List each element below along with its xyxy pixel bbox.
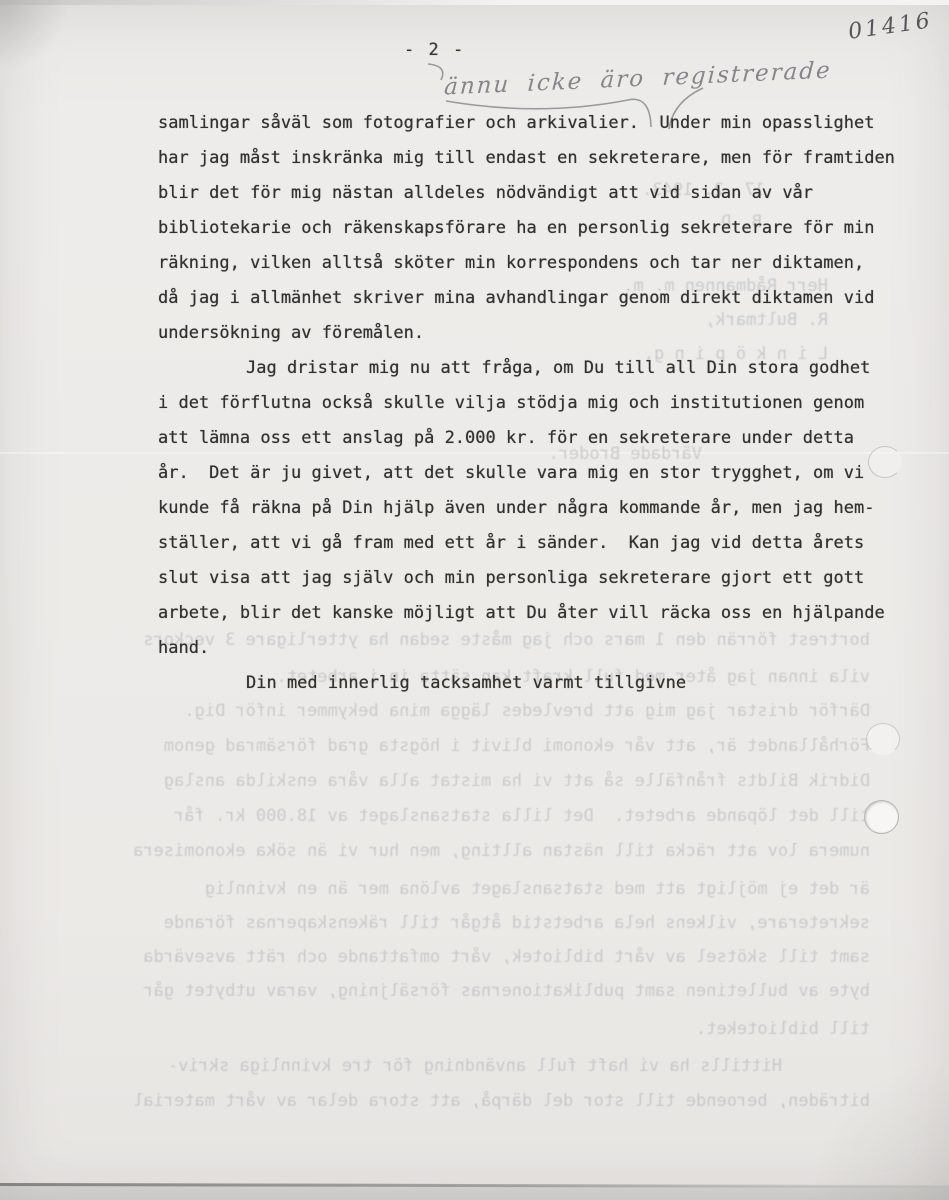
letter-line: bibliotekarie och räkenskapsförare ha en… <box>158 211 928 246</box>
letter-page: 17. 2. 1943.B. D.Herr Rådmannen m. m.R. … <box>0 0 949 1200</box>
bleedthrough-line: till biblioteket. <box>696 1019 870 1039</box>
letter-line: hand. <box>158 631 928 666</box>
letter-line: ställer, att vi gå fram med ett år i sän… <box>158 526 928 561</box>
bleedthrough-line: är det ej möjligt att med statsanslaget … <box>205 879 870 899</box>
letter-line: Din med innerlig tacksamhet varmt tillgi… <box>158 666 928 701</box>
bleedthrough-line: Hittills ha vi haft full användning för … <box>168 1056 782 1076</box>
bleedthrough-line: sekreterare, vilkens hela arbetstid åtgå… <box>164 913 870 933</box>
bleedthrough-line: byte av bulletinen samt publikationernas… <box>143 981 870 1001</box>
letter-line: i det förflutna också skulle vilja stödj… <box>158 386 928 421</box>
letter-line: då jag i allmänhet skriver mina avhandli… <box>158 281 928 316</box>
bleedthrough-line: Förhållandet är, att vår ekonomi blivit … <box>164 736 870 756</box>
bleedthrough-line: numera lov att räcka till nästan allting… <box>133 841 870 861</box>
page-number: - 2 - <box>404 40 465 60</box>
bleedthrough-line: till det löpande arbetet. Det lilla stat… <box>174 806 870 826</box>
letter-line: arbete, blir det kanske möjligt att Du å… <box>158 596 928 631</box>
letter-line: kunde få räkna på Din hjälp även under n… <box>158 491 928 526</box>
letter-line: Jag dristar mig nu att fråga, om Du till… <box>158 351 928 386</box>
letter-body: samlingar såväl som fotografier och arki… <box>158 106 928 701</box>
bleedthrough-line: Därför dristar jag mig att brevledes läg… <box>184 701 870 721</box>
letter-line: slut visa att jag själv och min personli… <box>158 561 928 596</box>
bleedthrough-line: biträden, beroende till stor del därpå, … <box>133 1091 870 1111</box>
punch-hole <box>866 723 900 755</box>
bleedthrough-line: samt till skötsel av vårt bibliotek, vår… <box>143 947 870 967</box>
letter-line: har jag måst inskränka mig till endast e… <box>158 141 928 176</box>
letter-line: undersökning av föremålen. <box>158 316 928 351</box>
letter-line: att lämna oss ett anslag på 2.000 kr. fö… <box>158 421 928 456</box>
letter-line: samlingar såväl som fotografier och arki… <box>158 106 928 141</box>
letter-line: blir det för mig nästan alldeles nödvänd… <box>158 176 928 211</box>
bleedthrough-line: Didrik Bildts frånfälle så att vi ha mis… <box>164 771 870 791</box>
punch-hole <box>864 800 899 834</box>
punch-hole <box>868 446 902 478</box>
letter-line: räkning, vilken alltså sköter min korres… <box>158 246 928 281</box>
letter-line: år. Det är ju givet, att det skulle vara… <box>158 456 928 491</box>
